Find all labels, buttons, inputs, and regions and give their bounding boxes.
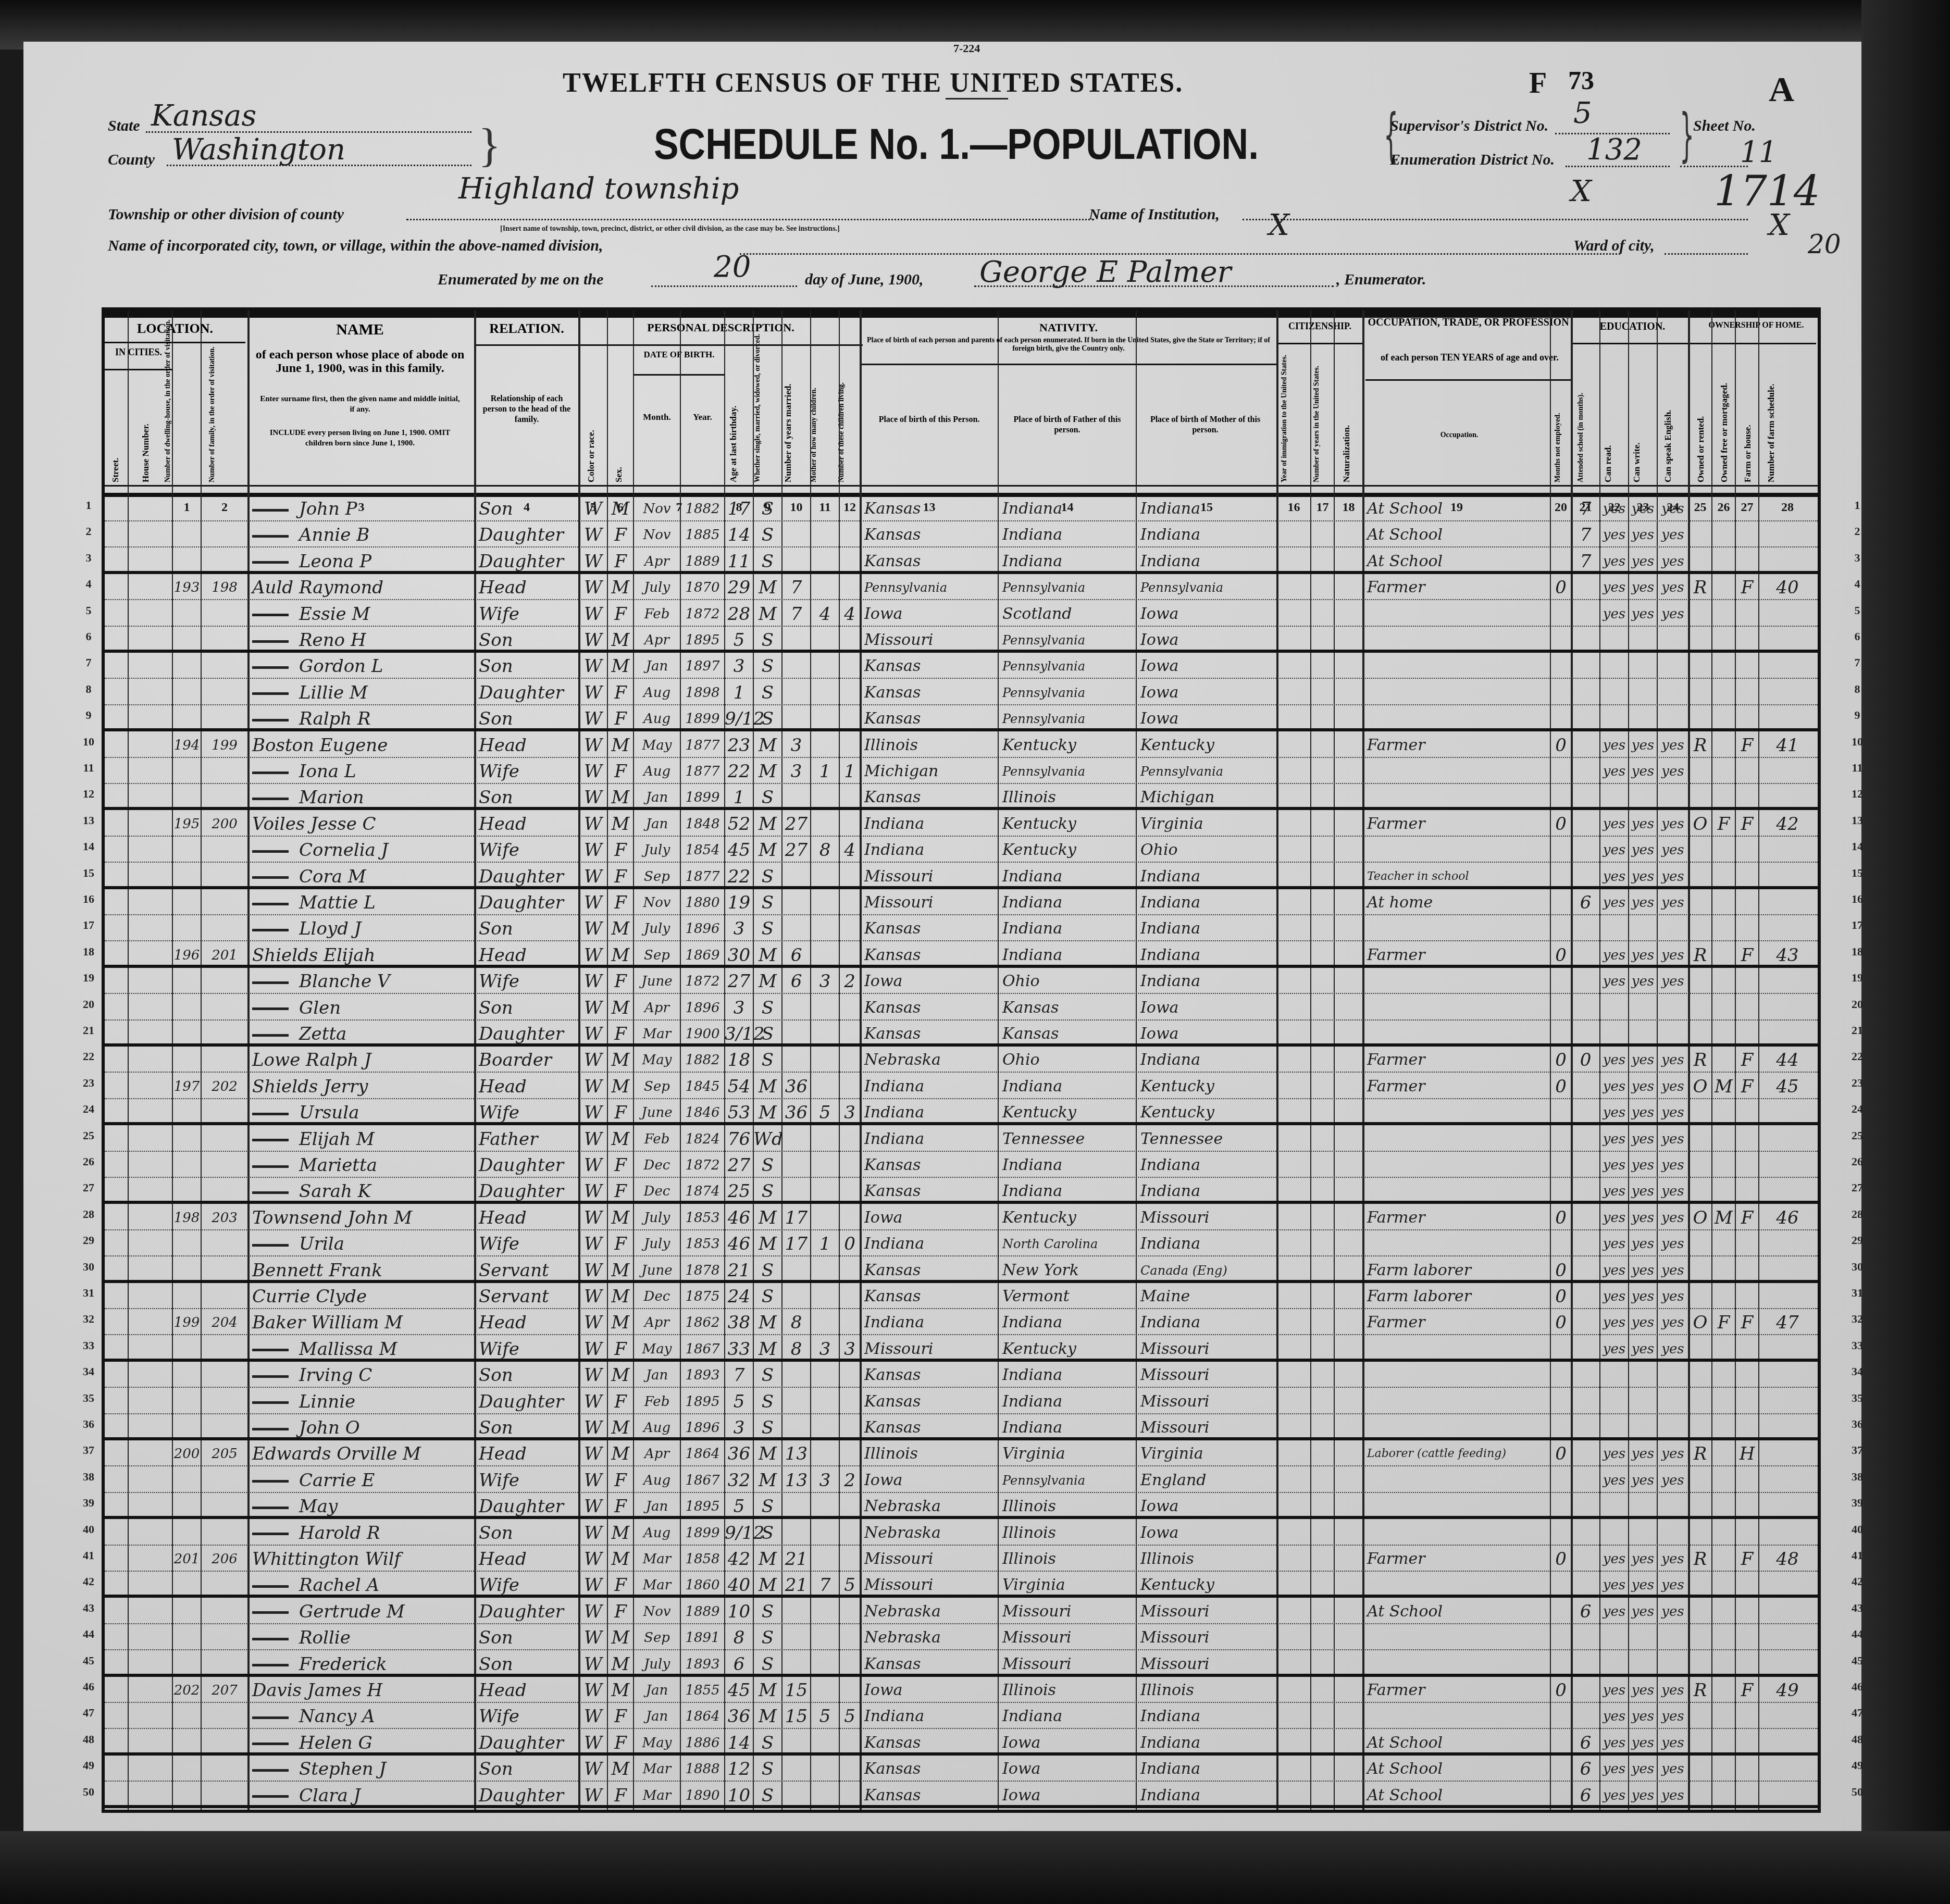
cell-rel: Daughter bbox=[479, 1784, 579, 1807]
cell-free bbox=[1712, 1180, 1735, 1203]
cell-own bbox=[1688, 1259, 1712, 1282]
line-number-right: 32 bbox=[1847, 1312, 1868, 1326]
cell-sch bbox=[1571, 1101, 1600, 1124]
cell-cl: 4 bbox=[839, 603, 860, 626]
cell-read: yes bbox=[1600, 1311, 1629, 1334]
cell-occ: Farmer bbox=[1367, 1548, 1550, 1571]
same-surname-dash bbox=[252, 1007, 289, 1010]
table-row[interactable]: 195200Voiles Jesse CHeadWMJan184852M27In… bbox=[105, 811, 1818, 837]
table-row[interactable]: Gertrude MDaughterWFNov188910SNebraskaMi… bbox=[105, 1598, 1818, 1624]
cell-mo bbox=[811, 1653, 839, 1676]
cell-year: 1855 bbox=[680, 1679, 725, 1702]
cell-read: yes bbox=[1600, 1101, 1629, 1124]
cell-month: Aug bbox=[634, 707, 680, 730]
line-number-right: 2 bbox=[1847, 525, 1868, 538]
cell-cl: 3 bbox=[839, 1338, 860, 1361]
cell-year: 1885 bbox=[680, 524, 725, 546]
table-row[interactable]: Annie BDaughterWFNov188514SKansasIndiana… bbox=[105, 521, 1818, 547]
table-row[interactable]: Lillie MDaughterWFAug18981SKansasPennsyl… bbox=[105, 679, 1818, 705]
cell-mbp: Kentucky bbox=[1140, 1574, 1277, 1597]
cell-free bbox=[1712, 944, 1735, 967]
table-row[interactable]: 197202Shields JerryHeadWMSep184554M36Ind… bbox=[105, 1073, 1818, 1099]
cell-sch bbox=[1571, 997, 1600, 1019]
cell-fh: F bbox=[1735, 813, 1759, 836]
cell-month: Jan bbox=[634, 1705, 680, 1728]
cell-year: 1889 bbox=[680, 550, 725, 573]
cell-fh bbox=[1735, 497, 1759, 520]
cell-une bbox=[1550, 1522, 1571, 1545]
cell-age: 32 bbox=[725, 1469, 753, 1492]
cell-rel: Head bbox=[479, 1442, 579, 1465]
cell-une: 0 bbox=[1550, 1311, 1571, 1334]
cell-rel: Head bbox=[479, 1206, 579, 1229]
cell-occ: Farmer bbox=[1367, 1679, 1550, 1702]
cell-sex: F bbox=[607, 707, 634, 730]
line-number-right: 37 bbox=[1847, 1443, 1868, 1457]
cell-read: yes bbox=[1600, 865, 1629, 888]
table-row[interactable]: Mattie LDaughterWFNov188019SMissouriIndi… bbox=[105, 889, 1818, 915]
table-row[interactable]: Ralph RSonWFAug18999/12SKansasPennsylvan… bbox=[105, 705, 1818, 731]
table-row[interactable]: GlenSonWMApr18963SKansasKansasIowa bbox=[105, 994, 1818, 1021]
cell-mo bbox=[811, 1364, 839, 1387]
line-number-left: 41 bbox=[78, 1549, 99, 1562]
line-number-left: 18 bbox=[78, 945, 99, 959]
table-row[interactable]: MariettaDaughterWFDec187227SKansasIndian… bbox=[105, 1152, 1818, 1178]
population-table: LOCATION. IN CITIES. NAME of each person… bbox=[102, 307, 1821, 1813]
cell-dw bbox=[172, 997, 201, 1019]
table-row[interactable]: Stephen JSonWMMar188812SKansasIowaIndian… bbox=[105, 1756, 1818, 1782]
cell-year: 1875 bbox=[680, 1285, 725, 1308]
cell-fbp: Indiana bbox=[1002, 1180, 1136, 1203]
cell-age: 17 bbox=[725, 497, 753, 520]
cell-mar: M bbox=[753, 1469, 782, 1492]
cell-occ bbox=[1367, 1469, 1550, 1492]
cell-une: 0 bbox=[1550, 1548, 1571, 1571]
cell-sch bbox=[1571, 760, 1600, 783]
cell-rel: Daughter bbox=[479, 1154, 579, 1177]
cell-free bbox=[1712, 1416, 1735, 1439]
cell-cl bbox=[839, 707, 860, 730]
cell-bp: Indiana bbox=[864, 1101, 998, 1124]
table-row[interactable]: Cornelia JWifeWFJuly185445M2784IndianaKe… bbox=[105, 837, 1818, 863]
cell-bp: Kansas bbox=[864, 1758, 998, 1781]
cell-write bbox=[1629, 997, 1657, 1019]
cell-eng: yes bbox=[1657, 1311, 1688, 1334]
cell-rel: Son bbox=[479, 497, 579, 520]
cell-fam bbox=[201, 1732, 248, 1754]
cell-mo: 7 bbox=[811, 1574, 839, 1597]
institution-line bbox=[1243, 219, 1748, 220]
table-row[interactable]: 198203Townsend John MHeadWMJuly185346M17… bbox=[105, 1204, 1818, 1230]
cell-color: W bbox=[579, 917, 607, 940]
table-row[interactable]: Nancy AWifeWFJan186436M1555IndianaIndian… bbox=[105, 1703, 1818, 1729]
cell-bp: Kansas bbox=[864, 1023, 998, 1046]
cell-own bbox=[1688, 1653, 1712, 1676]
table-row[interactable]: 202207Davis James HHeadWMJan185545M15Iow… bbox=[105, 1677, 1818, 1703]
cell-occ: Teacher in school bbox=[1367, 865, 1550, 888]
cell-sex: M bbox=[607, 1206, 634, 1229]
table-row[interactable]: Carrie EWifeWFAug186732M1332IowaPennsylv… bbox=[105, 1467, 1818, 1493]
cell-cl bbox=[839, 524, 860, 546]
cell-occ: Farmer bbox=[1367, 576, 1550, 599]
education-heading: EDUCATION. bbox=[1571, 321, 1694, 333]
cell-ym bbox=[782, 1390, 811, 1413]
cell-rel: Wife bbox=[479, 1338, 579, 1361]
same-surname-dash bbox=[252, 1034, 289, 1037]
cell-age: 9/12 bbox=[725, 707, 753, 730]
cell-age: 36 bbox=[725, 1442, 753, 1465]
cell-age: 3 bbox=[725, 655, 753, 678]
cell-mo bbox=[811, 497, 839, 520]
table-row[interactable]: Harold RSonWMAug18999/12SNebraskaIllinoi… bbox=[105, 1520, 1818, 1546]
cell-mbp: Indiana bbox=[1140, 944, 1277, 967]
cell-mo bbox=[811, 681, 839, 704]
table-row[interactable]: RollieSonWMSep18918SNebraskaMissouriMiss… bbox=[105, 1624, 1818, 1650]
cell-mar: S bbox=[753, 681, 782, 704]
cell-fs bbox=[1759, 1442, 1816, 1465]
cell-own bbox=[1688, 655, 1712, 678]
house-number-header: House Number. bbox=[141, 378, 151, 482]
scan-bottom-edge bbox=[0, 1831, 1950, 1904]
line-number-left: 50 bbox=[78, 1785, 99, 1799]
cell-sex: M bbox=[607, 655, 634, 678]
cell-fs bbox=[1759, 865, 1816, 888]
color-header: Color or race. bbox=[587, 373, 596, 482]
line-number-right: 38 bbox=[1847, 1470, 1868, 1484]
cell-mbp: Indiana bbox=[1140, 497, 1277, 520]
cell-write: yes bbox=[1629, 550, 1657, 573]
line-number-left: 7 bbox=[78, 656, 99, 669]
cell-age: 3 bbox=[725, 997, 753, 1019]
table-row[interactable]: Helen GDaughterWFMay188614SKansasIowaInd… bbox=[105, 1729, 1818, 1756]
cell-cl bbox=[839, 734, 860, 757]
cell-une: 0 bbox=[1550, 1679, 1571, 1702]
cell-cl bbox=[839, 1758, 860, 1781]
enumerator-name: George E Palmer bbox=[979, 255, 1231, 289]
cell-name: Harold R bbox=[252, 1522, 475, 1545]
cell-fbp: Kentucky bbox=[1002, 734, 1136, 757]
cell-fh bbox=[1735, 997, 1759, 1019]
cell-name: Auld Raymond bbox=[252, 576, 475, 599]
same-surname-dash bbox=[252, 666, 289, 669]
cell-occ: Laborer (cattle feeding) bbox=[1367, 1442, 1550, 1465]
cell-mar: S bbox=[753, 1154, 782, 1177]
cell-mar: S bbox=[753, 655, 782, 678]
occupation-description: of each person TEN YEARS of age and over… bbox=[1371, 352, 1569, 363]
table-row[interactable]: Elijah MFatherWMFeb182476WdIndianaTennes… bbox=[105, 1126, 1818, 1152]
cell-age: 38 bbox=[725, 1311, 753, 1334]
given-name: John O bbox=[299, 1417, 360, 1438]
cell-name: Edwards Orville M bbox=[252, 1442, 475, 1465]
table-row[interactable]: UrsulaWifeWFJune184653M3653IndianaKentuc… bbox=[105, 1099, 1818, 1125]
table-row[interactable]: Sarah KDaughterWFDec187425SKansasIndiana… bbox=[105, 1178, 1818, 1204]
cell-write: yes bbox=[1629, 1338, 1657, 1361]
cell-name: Clara J bbox=[252, 1784, 475, 1807]
cell-eng: yes bbox=[1657, 1679, 1688, 1702]
cell-une bbox=[1550, 1732, 1571, 1754]
cell-year: 1853 bbox=[680, 1233, 725, 1255]
cell-fam bbox=[201, 1705, 248, 1728]
cell-fam: 203 bbox=[201, 1206, 248, 1229]
cell-bp: Kansas bbox=[864, 997, 998, 1019]
years-married-header: Number of years married. bbox=[784, 352, 793, 482]
ward-line bbox=[1665, 253, 1748, 255]
name-instruction: Enter surname first, then the given name… bbox=[258, 394, 462, 415]
cell-cl bbox=[839, 1311, 860, 1334]
table-row[interactable]: 200205Edwards Orville MHeadWMApr186436M1… bbox=[105, 1440, 1818, 1466]
cell-rel: Head bbox=[479, 1548, 579, 1571]
cell-age: 1 bbox=[725, 786, 753, 809]
cell-eng bbox=[1657, 1653, 1688, 1676]
cell-rel: Head bbox=[479, 813, 579, 836]
table-row[interactable]: Blanche VWifeWFJune187227M632IowaOhioInd… bbox=[105, 968, 1818, 994]
cell-mbp: Missouri bbox=[1140, 1416, 1277, 1439]
cell-fam bbox=[201, 1495, 248, 1518]
cell-free bbox=[1712, 1469, 1735, 1492]
cell-age: 53 bbox=[725, 1101, 753, 1124]
table-row[interactable]: Bennett FrankServantWMJune187821SKansasN… bbox=[105, 1257, 1818, 1283]
same-surname-dash bbox=[252, 1428, 289, 1430]
cell-free bbox=[1712, 1758, 1735, 1781]
cell-une: 0 bbox=[1550, 734, 1571, 757]
table-row[interactable]: 194199Boston EugeneHeadWMMay187723M3Illi… bbox=[105, 732, 1818, 758]
cell-age: 25 bbox=[725, 1180, 753, 1203]
cell-mbp: Missouri bbox=[1140, 1600, 1277, 1623]
cell-une bbox=[1550, 1023, 1571, 1046]
cell-age: 30 bbox=[725, 944, 753, 967]
cell-fbp: Vermont bbox=[1002, 1285, 1136, 1308]
line-number-left: 17 bbox=[78, 918, 99, 932]
cell-fbp: Illinois bbox=[1002, 1495, 1136, 1518]
cell-age: 76 bbox=[725, 1128, 753, 1151]
cell-mar: S bbox=[753, 865, 782, 888]
cell-rel: Daughter bbox=[479, 1600, 579, 1623]
cell-dw bbox=[172, 1758, 201, 1781]
cell-write bbox=[1629, 786, 1657, 809]
cell-dw bbox=[172, 970, 201, 993]
cell-eng: yes bbox=[1657, 1705, 1688, 1728]
cell-read: yes bbox=[1600, 550, 1629, 573]
cell-name: Frederick bbox=[252, 1653, 475, 1676]
cell-sch bbox=[1571, 629, 1600, 652]
table-row[interactable]: Leona PDaughterWFApr188911SKansasIndiana… bbox=[105, 548, 1818, 574]
cell-mar: S bbox=[753, 1285, 782, 1308]
cell-occ: At School bbox=[1367, 524, 1550, 546]
cell-write: yes bbox=[1629, 1233, 1657, 1255]
owned-rented-header: Owned or rented. bbox=[1696, 350, 1706, 482]
table-row[interactable]: Essie MWifeWFFeb187228M744IowaScotlandIo… bbox=[105, 601, 1818, 627]
cell-dw bbox=[172, 1626, 201, 1649]
line-number-left: 2 bbox=[78, 525, 99, 538]
table-row[interactable]: 201206Whittington WilfHeadWMMar185842M21… bbox=[105, 1546, 1818, 1572]
cell-fbp: Tennessee bbox=[1002, 1128, 1136, 1151]
cell-mo bbox=[811, 1206, 839, 1229]
cell-fh bbox=[1735, 1495, 1759, 1518]
cell-color: W bbox=[579, 576, 607, 599]
cell-ym: 6 bbox=[782, 944, 811, 967]
given-name: Gordon L bbox=[299, 656, 383, 677]
line-number-left: 27 bbox=[78, 1181, 99, 1194]
cell-fam: 206 bbox=[201, 1548, 248, 1571]
location-heading: LOCATION. bbox=[105, 321, 245, 337]
cell-color: W bbox=[579, 1206, 607, 1229]
cell-fbp: Kentucky bbox=[1002, 813, 1136, 836]
same-surname-dash bbox=[252, 929, 289, 931]
cell-month: Dec bbox=[634, 1285, 680, 1308]
cell-dw bbox=[172, 681, 201, 704]
table-row[interactable]: Mallissa MWifeWFMay186733M833MissouriKen… bbox=[105, 1336, 1818, 1362]
cell-ym: 21 bbox=[782, 1574, 811, 1597]
cell-color: W bbox=[579, 944, 607, 967]
margin-note: 20 bbox=[1808, 229, 1841, 259]
table-row[interactable]: Cora MDaughterWFSep187722SMissouriIndian… bbox=[105, 863, 1818, 889]
cell-une: 0 bbox=[1550, 1259, 1571, 1282]
cell-bp: Kansas bbox=[864, 1285, 998, 1308]
cell-fbp: Pennsylvania bbox=[1002, 655, 1136, 678]
cell-fam: 200 bbox=[201, 813, 248, 836]
line-number-left: 9 bbox=[78, 708, 99, 722]
line-number-left: 45 bbox=[78, 1654, 99, 1667]
cell-name: Annie B bbox=[252, 524, 475, 546]
given-name: Ralph R bbox=[299, 708, 371, 729]
cell-une bbox=[1550, 1784, 1571, 1807]
attended-school-header: Attended school (in months). bbox=[1578, 350, 1585, 482]
table-row[interactable]: Gordon LSonWMJan18973SKansasPennsylvania… bbox=[105, 653, 1818, 679]
cell-fam bbox=[201, 497, 248, 520]
cell-color: W bbox=[579, 734, 607, 757]
cell-une bbox=[1550, 1758, 1571, 1781]
table-row[interactable]: LinnieDaughterWFFeb18955SKansasIndianaMi… bbox=[105, 1388, 1818, 1414]
table-row[interactable]: ZettaDaughterWFMar19003/12SKansasKansasI… bbox=[105, 1021, 1818, 1047]
cell-write bbox=[1629, 917, 1657, 940]
cell-read bbox=[1600, 917, 1629, 940]
table-row[interactable]: Iona LWifeWFAug187722M311MichiganPennsyl… bbox=[105, 758, 1818, 784]
institution-label: Name of Institution, bbox=[1089, 206, 1220, 223]
cell-rel: Son bbox=[479, 917, 579, 940]
cell-mar: Wd bbox=[753, 1128, 782, 1151]
cell-sch bbox=[1571, 1653, 1600, 1676]
cell-cl bbox=[839, 1679, 860, 1702]
cell-dw: 202 bbox=[172, 1679, 201, 1702]
cell-mo bbox=[811, 917, 839, 940]
table-row[interactable]: UrilaWifeWFJuly185346M1710IndianaNorth C… bbox=[105, 1230, 1818, 1256]
cell-free bbox=[1712, 1653, 1735, 1676]
line-number-left: 42 bbox=[78, 1575, 99, 1588]
stamp-number: 73 bbox=[1568, 65, 1594, 95]
cell-color: W bbox=[579, 1548, 607, 1571]
cell-age: 3 bbox=[725, 917, 753, 940]
months-unemployed-header: Months not employed. bbox=[1555, 383, 1562, 482]
cell-month: Nov bbox=[634, 891, 680, 914]
table-row[interactable]: Rachel AWifeWFMar186040M2175MissouriVirg… bbox=[105, 1572, 1818, 1598]
table-row[interactable]: Lloyd JSonWMJuly18963SKansasIndianaIndia… bbox=[105, 915, 1818, 941]
cell-name: May bbox=[252, 1495, 475, 1518]
line-number-right: 33 bbox=[1847, 1339, 1868, 1352]
cell-fs bbox=[1759, 497, 1816, 520]
table-row[interactable]: 199204Baker William MHeadWMApr186238M8In… bbox=[105, 1309, 1818, 1335]
cell-sch: 7 bbox=[1571, 524, 1600, 546]
cell-une bbox=[1550, 1180, 1571, 1203]
table-row[interactable]: Clara JDaughterWFMar189010SKansasIowaInd… bbox=[105, 1782, 1818, 1808]
cell-age: 10 bbox=[725, 1784, 753, 1807]
table-row[interactable]: 196201Shields ElijahHeadWMSep186930M6Kan… bbox=[105, 942, 1818, 968]
table-row[interactable]: FrederickSonWMJuly18936SKansasMissouriMi… bbox=[105, 1651, 1818, 1677]
cell-mbp: Missouri bbox=[1140, 1338, 1277, 1361]
cell-ym: 15 bbox=[782, 1679, 811, 1702]
cell-sex: F bbox=[607, 1233, 634, 1255]
cell-mar: S bbox=[753, 1049, 782, 1072]
cell-year: 1845 bbox=[680, 1075, 725, 1098]
cell-une bbox=[1550, 786, 1571, 809]
cell-eng: yes bbox=[1657, 524, 1688, 546]
given-name: Leona P bbox=[299, 551, 371, 572]
cell-sch: 6 bbox=[1571, 1758, 1600, 1781]
table-row[interactable]: John OSonWMAug18963SKansasIndianaMissour… bbox=[105, 1414, 1818, 1440]
cell-sch bbox=[1571, 1023, 1600, 1046]
table-row[interactable]: 193198Auld RaymondHeadWMJuly187029M7Penn… bbox=[105, 574, 1818, 600]
cell-mbp: Pennsylvania bbox=[1140, 760, 1277, 783]
cell-month: Mar bbox=[634, 1758, 680, 1781]
table-row[interactable]: Irving CSonWMJan18937SKansasIndianaMisso… bbox=[105, 1362, 1818, 1388]
cell-fbp: Pennsylvania bbox=[1002, 1469, 1136, 1492]
table-row[interactable]: Reno HSonWMApr18955SMissouriPennsylvania… bbox=[105, 627, 1818, 653]
sheet-value: 11 bbox=[1740, 135, 1777, 169]
cell-rel: Daughter bbox=[479, 1495, 579, 1518]
table-row[interactable]: MarionSonWMJan18991SKansasIllinoisMichig… bbox=[105, 784, 1818, 810]
cell-sex: M bbox=[607, 1548, 634, 1571]
occupation-subheading: Occupation. bbox=[1365, 430, 1553, 441]
cell-fh bbox=[1735, 1653, 1759, 1676]
line-number-right: 50 bbox=[1847, 1785, 1868, 1799]
cell-name: Stephen J bbox=[252, 1758, 475, 1781]
cell-sex: F bbox=[607, 1101, 634, 1124]
cell-month: Aug bbox=[634, 760, 680, 783]
cell-cl bbox=[839, 997, 860, 1019]
cell-month: July bbox=[634, 1653, 680, 1676]
given-name: Clara J bbox=[299, 1785, 361, 1806]
cell-own bbox=[1688, 524, 1712, 546]
cell-read: yes bbox=[1600, 839, 1629, 862]
cell-fh bbox=[1735, 1338, 1759, 1361]
cell-fs bbox=[1759, 1101, 1816, 1124]
cell-ym: 8 bbox=[782, 1338, 811, 1361]
cell-mo bbox=[811, 655, 839, 678]
table-row[interactable]: Currie ClydeServantWMDec187524SKansasVer… bbox=[105, 1283, 1818, 1309]
cell-sex: F bbox=[607, 760, 634, 783]
cell-mbp: Maine bbox=[1140, 1285, 1277, 1308]
cell-free bbox=[1712, 629, 1735, 652]
table-row[interactable]: MayDaughterWFJan18955SNebraskaIllinoisIo… bbox=[105, 1493, 1818, 1519]
cell-eng: yes bbox=[1657, 1600, 1688, 1623]
cell-own bbox=[1688, 970, 1712, 993]
cell-fam bbox=[201, 865, 248, 888]
cell-free bbox=[1712, 1128, 1735, 1151]
table-row[interactable]: John PSonWMNov188217SKansasIndianaIndian… bbox=[105, 495, 1818, 521]
cell-dw bbox=[172, 1390, 201, 1413]
cell-month: June bbox=[634, 970, 680, 993]
given-name: Stephen J bbox=[299, 1759, 386, 1779]
cell-fam: 202 bbox=[201, 1075, 248, 1098]
cell-ym: 8 bbox=[782, 1311, 811, 1334]
line-number-left: 24 bbox=[78, 1102, 99, 1116]
county-value: Washington bbox=[172, 133, 345, 167]
table-row[interactable]: Lowe Ralph JBoarderWMMay188218SNebraskaO… bbox=[105, 1047, 1818, 1073]
cell-free bbox=[1712, 734, 1735, 757]
cell-cl bbox=[839, 1653, 860, 1676]
cell-fs bbox=[1759, 1732, 1816, 1754]
cell-sex: F bbox=[607, 1574, 634, 1597]
line-number-left: 21 bbox=[78, 1024, 99, 1037]
